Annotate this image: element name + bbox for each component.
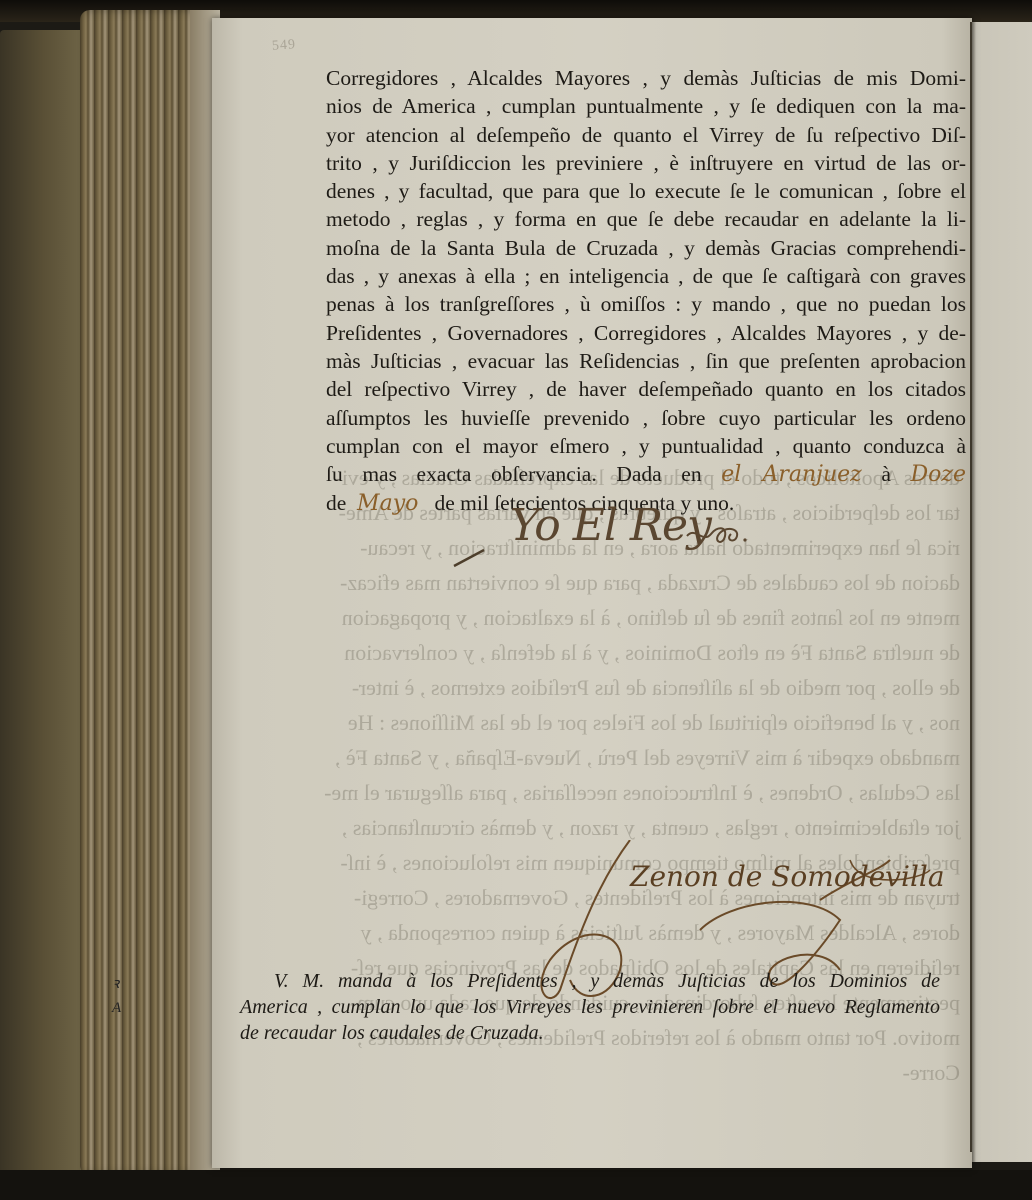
body-line: penas à los tranſgreſſores , ù omiſſos :… bbox=[326, 290, 966, 318]
body-line: nios de America , cumplan puntualmente ,… bbox=[326, 92, 966, 120]
summary-line: V. M. manda à los Preſidentes , y demàs … bbox=[240, 968, 940, 994]
summary-line: America , cumplan lo que los Virreyes le… bbox=[240, 994, 940, 1020]
body-line: das , y anexas à ella ; en inteligencia … bbox=[326, 262, 966, 290]
ink-stroke-mark-icon bbox=[450, 548, 490, 568]
royal-signature: Yo El Rey bbox=[510, 500, 711, 551]
dating-printed-text: ſu mas exacta obſervancia. Dada en bbox=[326, 462, 702, 486]
page-edges-stack bbox=[80, 10, 220, 1175]
body-line: Preſidentes , Governadores , Corregidore… bbox=[326, 319, 966, 347]
body-line: trito , y Juriſdiccion les previniere , … bbox=[326, 149, 966, 177]
body-line: metodo , reglas , y forma en que ſe debe… bbox=[326, 205, 966, 233]
body-line: denes , y facultad, que para que lo exec… bbox=[326, 177, 966, 205]
gutter-line bbox=[970, 22, 972, 1152]
royal-rubric-flourish-icon bbox=[685, 520, 755, 550]
dating-printed-text: à bbox=[881, 462, 891, 486]
body-line: màs Juſticias , evacuar las Reſidencias … bbox=[326, 347, 966, 375]
dating-line: ſu mas exacta obſervancia. Dada en el Ar… bbox=[326, 460, 966, 489]
manuscript-place: el Aranjuez bbox=[721, 462, 862, 487]
body-line: aſſumptos les huvieſſe prevenido , ſobre… bbox=[326, 404, 966, 432]
book-bottom-shadow bbox=[0, 1170, 1032, 1200]
summary-line: de recaudar los caudales de Cruzada. bbox=[240, 1020, 940, 1046]
decree-body: Corregidores , Alcaldes Mayores , y demà… bbox=[326, 64, 966, 519]
manuscript-month: Mayo bbox=[357, 491, 418, 516]
decree-summary: V. M. manda à los Preſidentes , y demàs … bbox=[240, 968, 940, 1046]
body-line: cumplan con el mayor eſmero , y puntuali… bbox=[326, 432, 966, 460]
dating-printed-text: de bbox=[326, 491, 346, 515]
minister-signature: Zenon de Somodevilla bbox=[630, 860, 945, 893]
folio-number: 549 bbox=[271, 37, 296, 55]
body-line: Corregidores , Alcaldes Mayores , y demà… bbox=[326, 64, 966, 92]
scanned-book-spread: 549 demas Apoſtolicos , todo el producto… bbox=[0, 0, 1032, 1200]
facing-page-edge bbox=[972, 22, 1032, 1162]
body-line: moſna de la Santa Bula de Cruzada , y de… bbox=[326, 234, 966, 262]
margin-fragment: ꝛA bbox=[112, 972, 121, 1020]
manuscript-day: Doze bbox=[911, 462, 967, 487]
body-line: yor atencion al deſempeño de quanto el V… bbox=[326, 121, 966, 149]
body-line: del reſpectivo Virrey , de haver deſempe… bbox=[326, 375, 966, 403]
